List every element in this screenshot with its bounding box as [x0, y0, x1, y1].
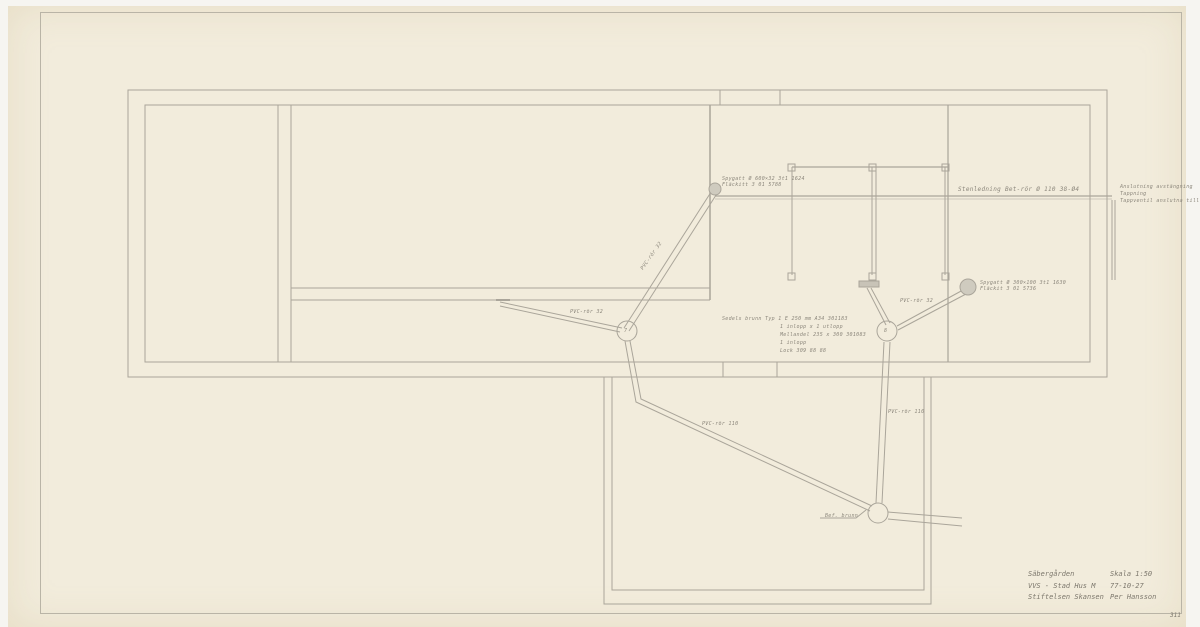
pipe-label-d: PVC-rör 110: [702, 421, 738, 427]
floor-drain-top: [709, 183, 721, 195]
sheet-number: 311: [1170, 612, 1181, 619]
pipe-label-e: PVC-rör 110: [888, 409, 924, 415]
main-manhole-label: Bef. brunn: [825, 513, 858, 519]
stormwater-label: Stenledning Bet-rör Ø 110 38-Ø4: [958, 186, 1079, 193]
manhole-8-label: 8: [884, 328, 887, 334]
title-scale: Skala 1:50: [1110, 570, 1152, 578]
pipe-label-b: PVC-rör 32: [570, 309, 603, 315]
title-name: VVS - Stad Hus M: [1028, 582, 1095, 590]
title-client: Stiftelsen Skansen: [1028, 593, 1104, 601]
pipe-label-c: PVC-rör 32: [900, 298, 933, 304]
lower-room-outer: [604, 377, 931, 604]
inspection-label-top: Spygatt Ø 600×32 3t1 1624Fläckitt 3 01 5…: [722, 176, 805, 188]
inspection-label-right: Spygatt Ø 300×100 3t1 1630Fläckit 3 01 5…: [980, 280, 1066, 292]
title-project: Säbergården: [1028, 570, 1074, 578]
manhole-7-label: 7: [624, 328, 627, 334]
title-signature: Per Hansson: [1110, 593, 1156, 601]
connection-notes: Anslutning avstängningTappningTappventil…: [1120, 184, 1200, 205]
floor-drain-right: [960, 279, 976, 295]
manhole-spec: Sedels brunn Typ 1 E 250 mm A34 3011831 …: [722, 315, 866, 355]
title-date: 77-10-27: [1110, 582, 1144, 590]
main-manhole: [868, 503, 888, 523]
